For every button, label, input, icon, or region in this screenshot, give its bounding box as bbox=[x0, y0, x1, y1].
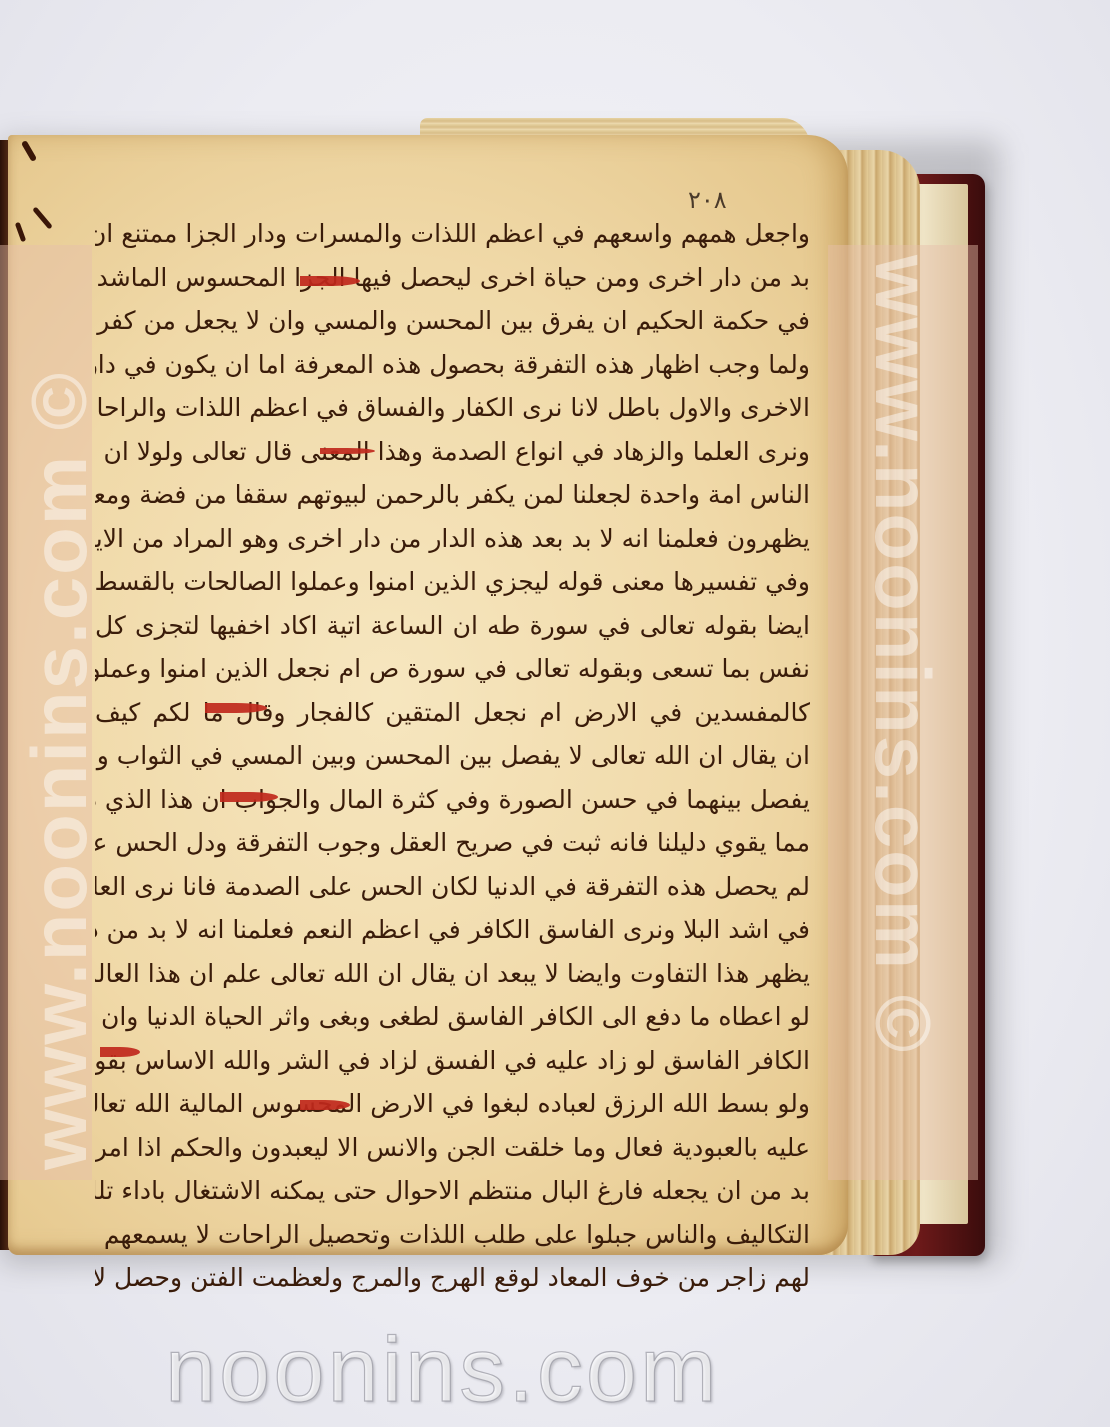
text-line: لهم زاجر من خوف المعاد لوقع الهرج والمرج… bbox=[95, 1256, 810, 1300]
text-line: عليه بالعبودية فعال وما خلقت الجن والانس… bbox=[95, 1126, 810, 1170]
text-line: بد من ان يجعله فارغ البال منتظم الاحوال … bbox=[95, 1169, 810, 1213]
text-line: ولو بسط الله الرزق لعباده لبغوا في الارض… bbox=[95, 1082, 810, 1126]
text-line: وفي تفسيرها معنى قوله ليجزي الذين امنوا … bbox=[95, 560, 810, 604]
watermark-left-band: www.noonins.com © bbox=[0, 245, 92, 1180]
rubric-mark bbox=[205, 703, 267, 713]
text-line: واجعل همهم واسعهم في اعظم اللذات والمسرا… bbox=[95, 212, 810, 256]
text-line: مما يقوي دليلنا فانه ثبت في صريح العقل و… bbox=[95, 821, 810, 865]
text-line: نفس بما تسعى وبقوله تعالى في سورة ص ام ن… bbox=[95, 647, 810, 691]
watermark-right-band: www.noonins.com © bbox=[828, 245, 978, 1180]
manuscript-text: واجعل همهم واسعهم في اعظم اللذات والمسرا… bbox=[95, 212, 810, 1300]
text-line: ان يقال ان الله تعالى لا يفصل بين المحسن… bbox=[95, 734, 810, 778]
rubric-mark bbox=[300, 276, 360, 286]
text-line: الكافر الفاسق لو زاد عليه في الفسق لزاد … bbox=[95, 1039, 810, 1083]
text-line: يظهرون فعلمنا انه لا بد بعد هذه الدار من… bbox=[95, 517, 810, 561]
rubric-mark bbox=[300, 1100, 350, 1110]
text-line: لو اعطاه ما دفع الى الكافر الفاسق لطغى و… bbox=[95, 995, 810, 1039]
text-line: بد من دار اخرى ومن حياة اخرى ليحصل فيها … bbox=[95, 256, 810, 300]
text-line: يفصل بينهما في حسن الصورة وفي كثرة المال… bbox=[95, 778, 810, 822]
text-line: كالمفسدين في الارض ام نجعل المتقين كالفج… bbox=[95, 691, 810, 735]
text-line: الناس امة واحدة لجعلنا لمن يكفر بالرحمن … bbox=[95, 473, 810, 517]
watermark-left-text: www.noonins.com © bbox=[14, 371, 105, 1170]
text-line: لم يحصل هذه التفرقة في الدنيا لكان الحس … bbox=[95, 865, 810, 909]
rubric-mark bbox=[320, 448, 375, 454]
text-line: في اشد البلا ونرى الفاسق الكافر في اعظم … bbox=[95, 908, 810, 952]
text-line: ونرى العلما والزهاد في انواع الصدمة وهذا… bbox=[95, 430, 810, 474]
text-line: يظهر هذا التفاوت وايضا لا يبعد ان يقال ا… bbox=[95, 952, 810, 996]
watermark-right-text: www.noonins.com © bbox=[857, 255, 948, 1054]
folio-number: ٢٠٨ bbox=[688, 186, 727, 214]
text-line: في حكمة الحكيم ان يفرق بين المحسن والمسي… bbox=[95, 299, 810, 343]
text-line: ايضا بقوله تعالى في سورة طه ان الساعة ات… bbox=[95, 604, 810, 648]
watermark-bottom: noonins.com bbox=[165, 1318, 720, 1423]
text-line: ولما وجب اظهار هذه التفرقة بحصول هذه الم… bbox=[95, 343, 810, 387]
text-line: التكاليف والناس جبلوا على طلب اللذات وتح… bbox=[95, 1213, 810, 1257]
rubric-mark bbox=[220, 792, 278, 802]
text-line: الاخرى والاول باطل لانا نرى الكفار والفس… bbox=[95, 386, 810, 430]
rubric-mark bbox=[100, 1047, 140, 1057]
